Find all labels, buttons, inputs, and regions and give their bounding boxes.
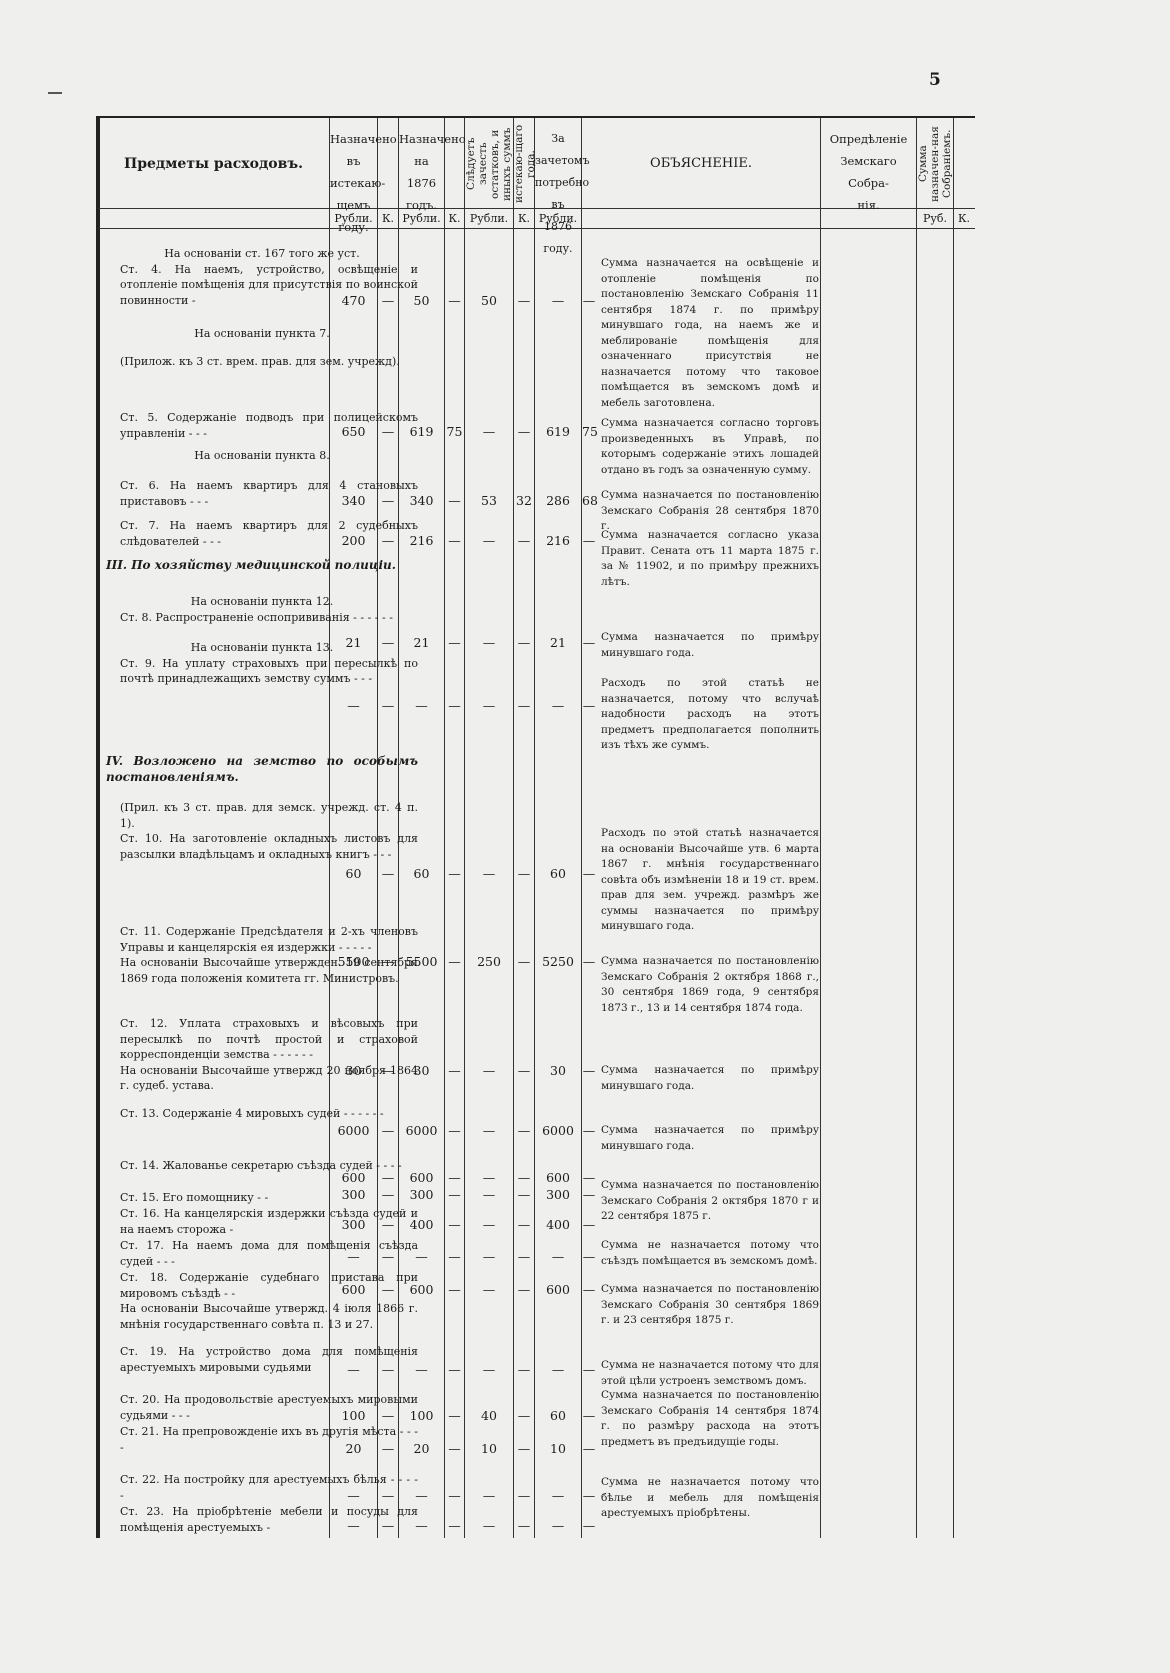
explanation-text: Сумма назначается по постановленію Земск…	[601, 1388, 819, 1450]
explanation-text: Сумма назначается по постановленію Земск…	[601, 954, 819, 1016]
explanation-text: Сумма назначается по примѣру минувшаго г…	[601, 1063, 819, 1094]
table-row: Ст. 13. Содержаніе 4 мировыхъ судей - - …	[106, 1106, 418, 1122]
unit-rub: Рубли.	[330, 210, 377, 228]
section-heading: IV. Возложено на земство по особымъ пост…	[106, 754, 418, 785]
table-row: На основаніи пункта 12.Ст. 8. Распростра…	[106, 594, 418, 625]
page-number: 5	[929, 70, 941, 90]
explanation-text: Сумма назначается согласно указа Правит.…	[601, 528, 819, 590]
table-row: На основаніи пункта 8.	[106, 448, 418, 464]
header-assembly-sum: Сумма назначен-ная Собраніемъ.	[917, 121, 971, 207]
table-row: На основаніи пункта 7. (Прилож. къ 3 ст.…	[106, 326, 418, 369]
unit-kop: К.	[378, 210, 398, 228]
explanation-text: Сумма не назначается потому что для этой…	[601, 1358, 819, 1389]
unit-rub: Рубли.	[535, 210, 581, 228]
table-row: Ст. 18. Содержаніе судебнаго пристава пр…	[106, 1270, 418, 1332]
expense-table: Предметы расходовъ. Назначеновъ истекаю-…	[96, 116, 975, 1538]
header-needed-1876: За зачетомъпотребно въ1876 году.	[535, 128, 581, 260]
unit-rub: Рубли.	[399, 210, 444, 228]
scan-mark	[48, 92, 62, 94]
explanation-text: Сумма не назначается потому что бѣлье и …	[601, 1475, 819, 1522]
header-credit-balances: Слѣдуетъ зачесть остатковъ, и иныхъ сумм…	[465, 121, 533, 207]
section-heading: III. По хозяйству медицинской полиціи.	[106, 558, 418, 574]
explanation-text: Сумма назначается по постановленію Земск…	[601, 1282, 819, 1329]
header-explanation: ОБЪЯСНЕНІЕ.	[582, 153, 820, 175]
unit-rub: Руб.	[917, 210, 953, 228]
explanation-text: Сумма назначается по примѣру минувшаго г…	[601, 1123, 819, 1154]
table-row: Ст. 12. Уплата страховыхъ и вѣсовыхъ при…	[106, 1016, 418, 1094]
unit-kop: К.	[514, 210, 534, 228]
explanation-text: Сумма назначается на освѣщеніе и отоплен…	[601, 256, 819, 411]
unit-rub: Рубли.	[465, 210, 513, 228]
header-assembly-decision: ОпредѣленіеЗемскаго Собра-нія.	[821, 128, 916, 216]
header-subject: Предметы расходовъ.	[98, 153, 329, 175]
explanation-text: Сумма назначается по постановленію Земск…	[601, 1178, 819, 1225]
explanation-text: Сумма назначается согласно торговъ произ…	[601, 416, 819, 478]
explanation-text: Сумма не назначается потому что съѣздъ п…	[601, 1238, 819, 1269]
unit-kop: К.	[445, 210, 464, 228]
explanation-text: Расходъ по этой статьѣ не назначается, п…	[601, 676, 819, 754]
explanation-text: Сумма назначается по примѣру минувшаго г…	[601, 630, 819, 661]
unit-kop: К.	[954, 210, 974, 228]
header-assigned-1876: Назначенона 1876годъ.	[399, 128, 444, 216]
explanation-text: Расходъ по этой статьѣ назначается на ос…	[601, 826, 819, 935]
table-row: (Прил. къ 3 ст. прав. для земск. учрежд.…	[106, 800, 418, 862]
